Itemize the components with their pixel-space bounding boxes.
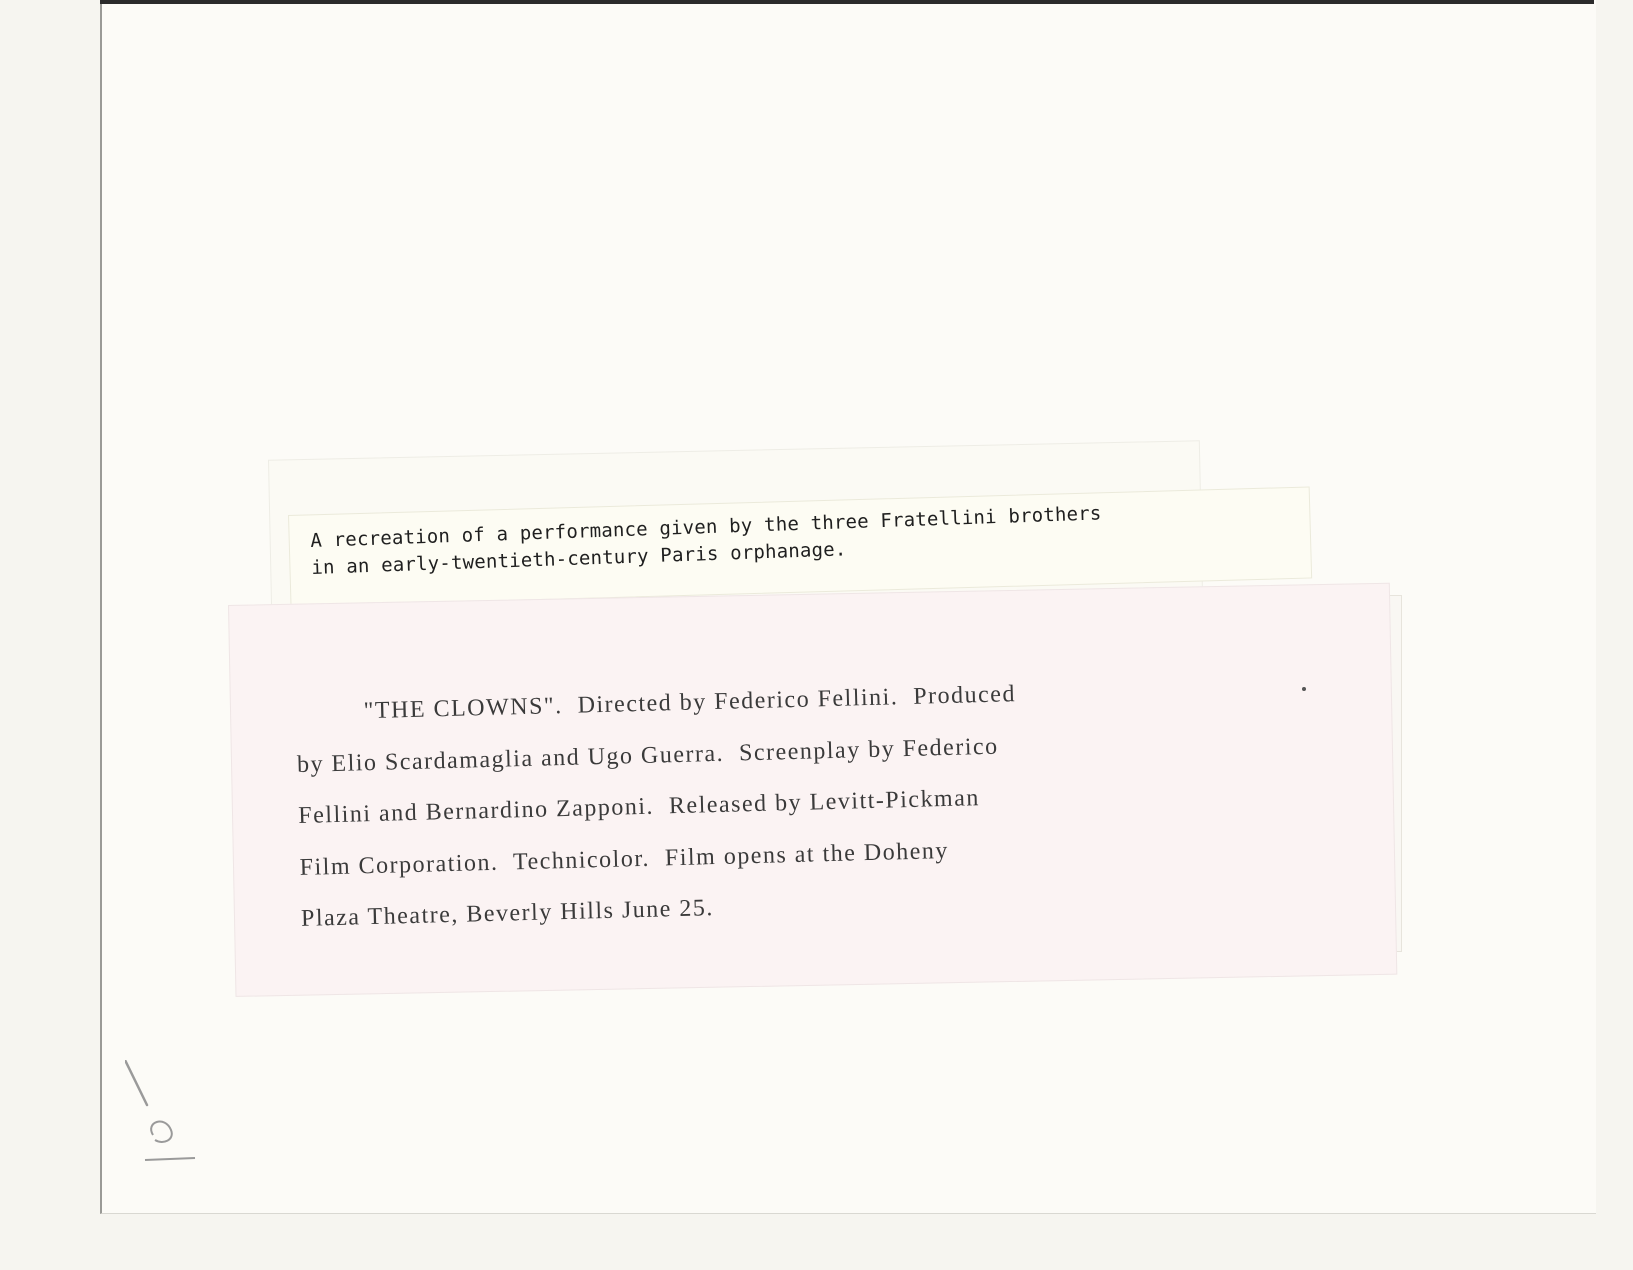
sheet-top-edge	[100, 0, 1594, 4]
handwritten-number-mark	[125, 1060, 205, 1170]
press-release-text: "THE CLOWNS". Directed by Federico Felli…	[295, 669, 1022, 945]
ink-dot	[1302, 687, 1306, 691]
